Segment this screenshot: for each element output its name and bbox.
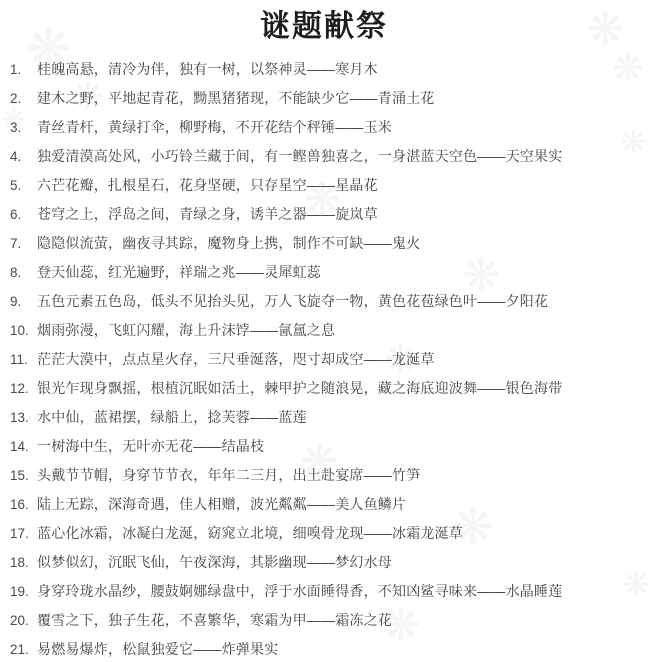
- riddle-item-2: 2.建木之野，平地起青花，黝黑猪猪现，不能缺少它——青涌土花: [10, 84, 642, 113]
- riddle-item-9: 9.五色元素五色岛，低头不见抬头见，万人飞旋夺一物，黄色花苞绿色叶——夕阳花: [10, 287, 642, 316]
- riddle-text: 六芒花瓣，扎根星石，花身坚硬，只存星空——星晶花: [37, 171, 378, 200]
- riddle-list: 1.桂魄高悬，清冷为伴，独有一树，以祭神灵——寒月木 2.建木之野，平地起青花，…: [0, 52, 648, 662]
- riddle-number: 10.: [10, 316, 37, 345]
- riddle-number: 5.: [10, 171, 37, 200]
- riddle-number: 13.: [10, 403, 37, 432]
- riddle-text: 银光乍现身飘摇，根植沉眠如活土，棘甲护之随浪晃，藏之海底迎波舞——银色海带: [37, 374, 562, 403]
- riddle-text: 蓝心化冰霜，冰凝白龙涎，窈窕立北境，细嗅骨龙现——冰霜龙涎草: [37, 519, 463, 548]
- riddle-item-20: 20.覆雪之下，独子生花，不喜繁华，寒霜为甲——霜冻之花: [10, 606, 642, 635]
- riddle-item-11: 11.茫茫大漠中，点点星火存，三尺垂涎落，咫寸却成空——龙涎草: [10, 345, 642, 374]
- riddle-item-21: 21.易燃易爆炸，松鼠独爱它——炸弹果实: [10, 635, 642, 662]
- riddle-number: 12.: [10, 374, 37, 403]
- riddle-text: 隐隐似流萤，幽夜寻其踪，魔物身上携，制作不可缺——鬼火: [37, 229, 420, 258]
- riddle-item-3: 3.青丝青杆，黄绿打伞，柳野梅，不开花结个秤锤——玉米: [10, 113, 642, 142]
- riddle-number: 7.: [10, 229, 37, 258]
- riddle-text: 覆雪之下，独子生花，不喜繁华，寒霜为甲——霜冻之花: [37, 606, 392, 635]
- riddle-number: 9.: [10, 287, 37, 316]
- riddle-text: 烟雨弥漫，飞虹闪耀，海上升沫饽——氤氲之息: [37, 316, 335, 345]
- riddle-text: 五色元素五色岛，低头不见抬头见，万人飞旋夺一物，黄色花苞绿色叶——夕阳花: [37, 287, 548, 316]
- riddle-text: 建木之野，平地起青花，黝黑猪猪现，不能缺少它——青涌土花: [37, 84, 435, 113]
- riddle-number: 14.: [10, 432, 37, 461]
- riddle-item-8: 8.登天仙蕊，红光遍野，祥瑞之兆——灵犀虹蕊: [10, 258, 642, 287]
- riddle-item-15: 15.头戴节节帽，身穿节节衣，年年二三月，出土赴宴席——竹笋: [10, 461, 642, 490]
- riddle-text: 身穿玲珑水晶纱，腰鼓婀娜绿盘中，浮于水面睡得香，不知凶鲨寻味来——水晶睡莲: [37, 577, 562, 606]
- riddle-number: 6.: [10, 200, 37, 229]
- riddle-text: 陆上无踪，深海奇遇，佳人相赠，波光粼粼——美人鱼鳞片: [37, 490, 406, 519]
- riddle-number: 16.: [10, 490, 37, 519]
- riddle-number: 1.: [10, 55, 37, 84]
- riddle-text: 易燃易爆炸，松鼠独爱它——炸弹果实: [37, 635, 278, 662]
- riddle-text: 茫茫大漠中，点点星火存，三尺垂涎落，咫寸却成空——龙涎草: [37, 345, 435, 374]
- riddle-item-12: 12.银光乍现身飘摇，根植沉眠如活土，棘甲护之随浪晃，藏之海底迎波舞——银色海带: [10, 374, 642, 403]
- riddle-text: 独爱清漠高处风，小巧铃兰藏于间，有一鲣兽独喜之，一身湛蓝天空色——天空果实: [37, 142, 562, 171]
- riddle-number: 2.: [10, 84, 37, 113]
- riddle-item-7: 7.隐隐似流萤，幽夜寻其踪，魔物身上携，制作不可缺——鬼火: [10, 229, 642, 258]
- riddle-number: 11.: [10, 345, 37, 374]
- riddle-text: 青丝青杆，黄绿打伞，柳野梅，不开花结个秤锤——玉米: [37, 113, 392, 142]
- riddle-document-page: 谜题献祭 1.桂魄高悬，清冷为伴，独有一树，以祭神灵——寒月木 2.建木之野，平…: [0, 0, 648, 662]
- riddle-text: 头戴节节帽，身穿节节衣，年年二三月，出土赴宴席——竹笋: [37, 461, 420, 490]
- riddle-text: 水中仙，蓝裙摆，绿船上，捻芙蓉——蓝莲: [37, 403, 307, 432]
- riddle-number: 15.: [10, 461, 37, 490]
- riddle-item-17: 17.蓝心化冰霜，冰凝白龙涎，窈窕立北境，细嗅骨龙现——冰霜龙涎草: [10, 519, 642, 548]
- riddle-number: 18.: [10, 548, 37, 577]
- riddle-number: 21.: [10, 635, 37, 662]
- riddle-item-6: 6.苍穹之上，浮岛之间，青绿之身，诱羊之器——旋岚草: [10, 200, 642, 229]
- riddle-text: 登天仙蕊，红光遍野，祥瑞之兆——灵犀虹蕊: [37, 258, 321, 287]
- riddle-item-4: 4.独爱清漠高处风，小巧铃兰藏于间，有一鲣兽独喜之，一身湛蓝天空色——天空果实: [10, 142, 642, 171]
- riddle-text: 似梦似幻，沉眠飞仙，午夜深海，其影幽现——梦幻水母: [37, 548, 392, 577]
- riddle-text: 桂魄高悬，清冷为伴，独有一树，以祭神灵——寒月木: [37, 55, 378, 84]
- riddle-text: 苍穹之上，浮岛之间，青绿之身，诱羊之器——旋岚草: [37, 200, 378, 229]
- riddle-number: 17.: [10, 519, 37, 548]
- riddle-number: 8.: [10, 258, 37, 287]
- riddle-number: 20.: [10, 606, 37, 635]
- riddle-number: 4.: [10, 142, 37, 171]
- riddle-item-18: 18.似梦似幻，沉眠飞仙，午夜深海，其影幽现——梦幻水母: [10, 548, 642, 577]
- riddle-item-16: 16.陆上无踪，深海奇遇，佳人相赠，波光粼粼——美人鱼鳞片: [10, 490, 642, 519]
- riddle-item-13: 13.水中仙，蓝裙摆，绿船上，捻芙蓉——蓝莲: [10, 403, 642, 432]
- riddle-number: 19.: [10, 577, 37, 606]
- riddle-item-10: 10.烟雨弥漫，飞虹闪耀，海上升沫饽——氤氲之息: [10, 316, 642, 345]
- riddle-item-19: 19.身穿玲珑水晶纱，腰鼓婀娜绿盘中，浮于水面睡得香，不知凶鲨寻味来——水晶睡莲: [10, 577, 642, 606]
- riddle-item-1: 1.桂魄高悬，清冷为伴，独有一树，以祭神灵——寒月木: [10, 55, 642, 84]
- page-title: 谜题献祭: [0, 8, 648, 52]
- riddle-text: 一树海中生，无叶亦无花——结晶枝: [37, 432, 264, 461]
- riddle-item-14: 14.一树海中生，无叶亦无花——结晶枝: [10, 432, 642, 461]
- riddle-number: 3.: [10, 113, 37, 142]
- riddle-item-5: 5.六芒花瓣，扎根星石，花身坚硬，只存星空——星晶花: [10, 171, 642, 200]
